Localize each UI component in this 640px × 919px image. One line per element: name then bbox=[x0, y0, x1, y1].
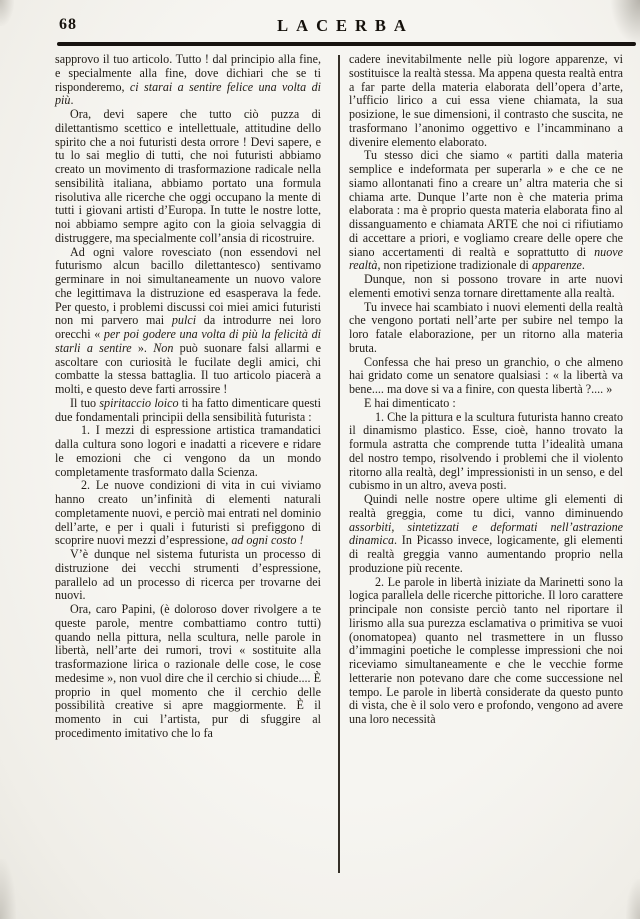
italic-text-run: apparenze bbox=[532, 258, 582, 272]
text-run: . bbox=[70, 93, 73, 107]
text-paragraph: sapprovo il tuo articolo. Tutto ! dal pr… bbox=[55, 53, 321, 108]
scan-artifact-bottom-left bbox=[0, 859, 16, 919]
text-paragraph: Il tuo spiritaccio loico ti ha fatto dim… bbox=[55, 397, 321, 425]
text-run: Tu invece hai scambiato i nuovi elementi… bbox=[349, 300, 623, 355]
text-run: ». bbox=[132, 341, 154, 355]
text-paragraph: Tu stesso dici che siamo « partiti dalla… bbox=[349, 149, 623, 273]
text-paragraph: Ora, caro Papini, (è doloroso dover rivo… bbox=[55, 603, 321, 741]
text-run: Tu stesso dici che siamo « partiti dalla… bbox=[349, 148, 623, 258]
text-paragraph: Confessa che hai preso un granchio, o ch… bbox=[349, 356, 623, 397]
text-paragraph: Ad ogni valore rovesciato (non essendovi… bbox=[55, 246, 321, 397]
italic-text-run: Non bbox=[153, 341, 173, 355]
scan-artifact-bottom-right bbox=[626, 879, 640, 919]
text-paragraph: 1. I mezzi di espressione artistica tram… bbox=[55, 424, 321, 479]
column-divider-rule bbox=[338, 55, 340, 873]
text-run: V’è dunque nel sistema futurista un proc… bbox=[55, 547, 321, 602]
text-paragraph: Quindi nelle nostre opere ultime gli ele… bbox=[349, 493, 623, 576]
text-paragraph: Ora, devi sapere che tutto ciò puzza di … bbox=[55, 108, 321, 246]
text-run: 1. Che la pittura e la scultura futurist… bbox=[349, 410, 623, 493]
text-run: Ora, caro Papini, (è doloroso dover rivo… bbox=[55, 602, 321, 740]
scan-artifact-top-left bbox=[0, 0, 14, 26]
italic-text-run: spiritaccio loico bbox=[99, 396, 178, 410]
text-run: Confessa che hai preso un granchio, o ch… bbox=[349, 355, 623, 397]
text-run: Ora, devi sapere che tutto ciò puzza di … bbox=[55, 107, 321, 245]
text-paragraph: 1. Che la pittura e la scultura futurist… bbox=[349, 411, 623, 494]
text-paragraph: cadere inevitabilmente nelle più logore … bbox=[349, 53, 623, 149]
column-gap bbox=[321, 53, 349, 883]
text-paragraph: Dunque, non si possono trovare in arte n… bbox=[349, 273, 623, 301]
text-run: cadere inevitabilmente nelle più logore … bbox=[349, 52, 623, 149]
italic-text-run: pulci bbox=[172, 313, 196, 327]
text-run: Dunque, non si possono trovare in arte n… bbox=[349, 272, 623, 300]
text-paragraph: 2. Le nuove condizioni di vita in cui vi… bbox=[55, 479, 321, 548]
text-paragraph: V’è dunque nel sistema futurista un proc… bbox=[55, 548, 321, 603]
text-run: E hai dimenticato : bbox=[364, 396, 456, 410]
text-run: Quindi nelle nostre opere ultime gli ele… bbox=[349, 492, 623, 520]
text-run: Il tuo bbox=[70, 396, 99, 410]
page-header: 68 LACERBA bbox=[57, 14, 634, 38]
text-run: 2. Le parole in libertà iniziate da Mari… bbox=[349, 575, 623, 727]
left-column: sapprovo il tuo articolo. Tutto ! dal pr… bbox=[55, 53, 321, 883]
right-column: cadere inevitabilmente nelle più logore … bbox=[349, 53, 623, 883]
journal-masthead-title: LACERBA bbox=[57, 16, 634, 36]
text-run: , non ripetizione tradizionale di bbox=[377, 258, 531, 272]
text-paragraph: 2. Le parole in libertà iniziate da Mari… bbox=[349, 576, 623, 727]
header-rule bbox=[57, 42, 636, 46]
text-paragraph: E hai dimenticato : bbox=[349, 397, 623, 411]
text-run: . bbox=[582, 258, 585, 272]
text-run: 1. I mezzi di espressione artistica tram… bbox=[55, 423, 321, 478]
italic-text-run: ad ogni costo ! bbox=[231, 533, 303, 547]
scanned-journal-page: 68 LACERBA sapprovo il tuo articolo. Tut… bbox=[0, 0, 640, 919]
text-paragraph: Tu invece hai scambiato i nuovi elementi… bbox=[349, 301, 623, 356]
